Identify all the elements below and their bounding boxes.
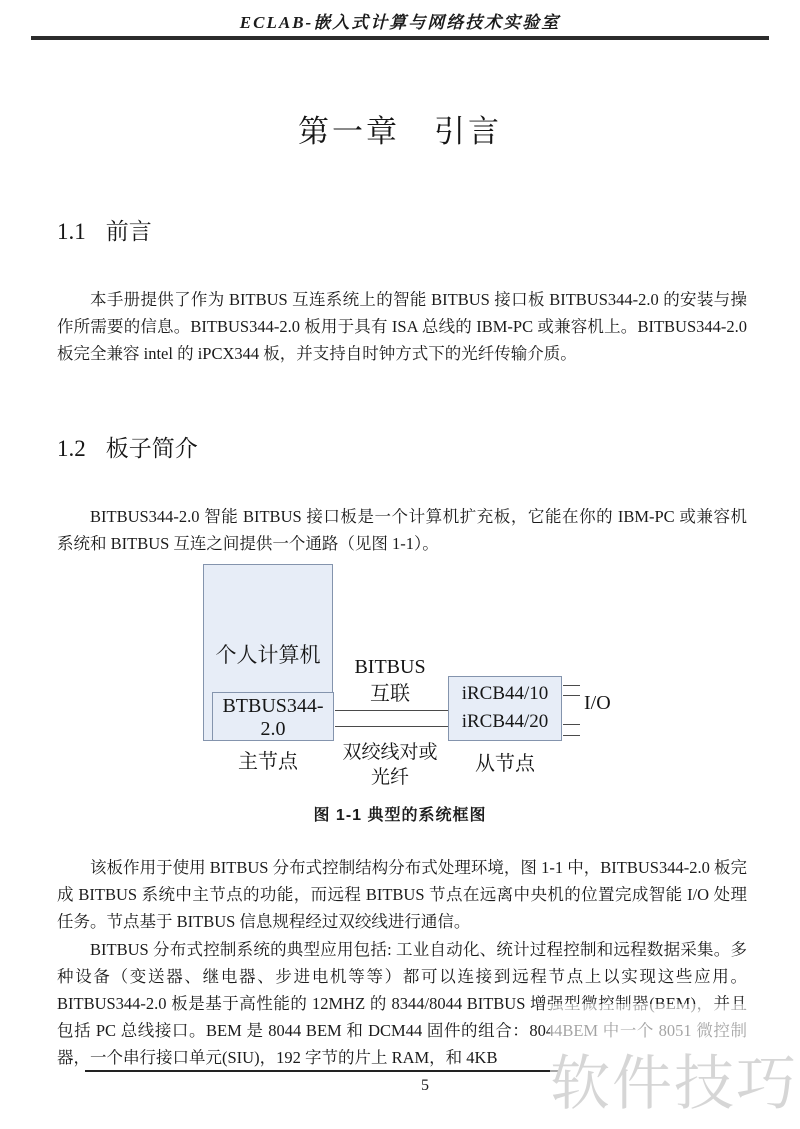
section-title: 板子简介 [106, 436, 198, 461]
bus-label-line1: BITBUS [338, 654, 442, 681]
diagram-medium-label: 双绞线对或 光纤 [330, 740, 450, 790]
diagram-master-node-label: 主节点 [193, 745, 343, 774]
paragraph-applications: BITBUS 分布式控制系统的典型应用包括: 工业自动化、统计过程控制和远程数据… [57, 936, 747, 1072]
diagram-bus-label: BITBUS 互联 [338, 654, 442, 708]
bus-label-line2: 互联 [338, 681, 442, 708]
slave-box-line2: iRCB44/20 [449, 708, 561, 736]
diagram-connection-line-bottom [335, 726, 448, 727]
header-lab-title: ECLAB-嵌入式计算与网络技术实验室 [0, 8, 800, 33]
diagram-slave-box: iRCB44/10 iRCB44/20 [448, 676, 562, 741]
slave-box-line1: iRCB44/10 [449, 680, 561, 708]
diagram-io-label: I/O [584, 692, 624, 715]
figure-caption: 图 1-1 典型的系统框图 [0, 802, 800, 825]
board-box-line2: 2.0 [213, 718, 333, 741]
document-page: ECLAB-嵌入式计算与网络技术实验室 第一章 引言 1.1前言 本手册提供了作… [0, 0, 800, 1129]
medium-label-line1: 双绞线对或 [330, 740, 450, 765]
paragraph-preface: 本手册提供了作为 BITBUS 互连系统上的智能 BITBUS 接口板 BITB… [57, 286, 747, 368]
chapter-title: 第一章 引言 [0, 106, 800, 151]
section-number: 1.2 [57, 436, 86, 461]
paragraph-distributed-control: 该板作用于使用 BITBUS 分布式控制结构分布式处理环境，图 1-1 中，BI… [57, 854, 747, 936]
diagram-board-box: BTBUS344- 2.0 [212, 692, 334, 741]
diagram-slave-node-label: 从节点 [438, 747, 572, 776]
diagram-io-stub-4 [563, 735, 580, 736]
footer-rule [85, 1070, 560, 1072]
figure-system-block-diagram: 个人计算机 BTBUS344- 2.0 主节点 BITBUS 互联 双绞线对或 … [0, 564, 800, 799]
header-double-rule [31, 36, 769, 40]
diagram-io-stub-3 [563, 724, 580, 725]
diagram-io-stub-2 [563, 695, 580, 696]
diagram-io-stub-1 [563, 685, 580, 686]
section-heading-1-2: 1.2板子简介 [57, 430, 800, 463]
medium-label-line2: 光纤 [330, 765, 450, 790]
paragraph-board-intro: BITBUS344-2.0 智能 BITBUS 接口板是一个计算机扩充板，它能在… [57, 503, 747, 557]
diagram-connection-line-top [335, 710, 448, 711]
board-box-line1: BTBUS344- [213, 695, 333, 718]
section-number: 1.1 [57, 219, 86, 244]
section-heading-1-1: 1.1前言 [57, 213, 800, 246]
section-title: 前言 [106, 219, 152, 244]
page-number: 5 [85, 1077, 765, 1095]
